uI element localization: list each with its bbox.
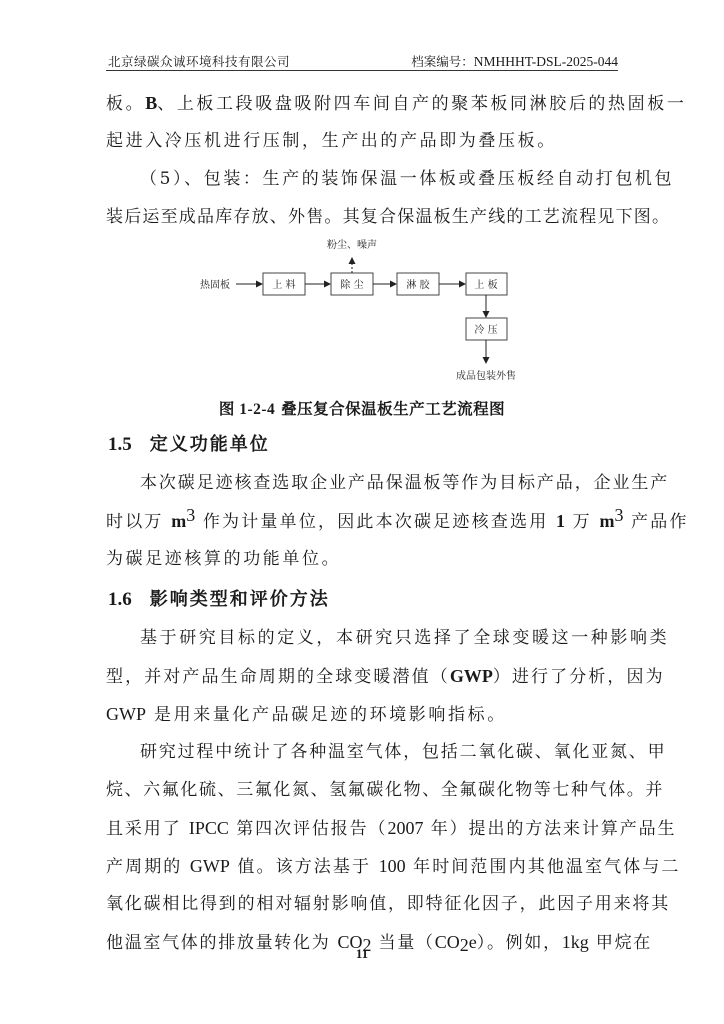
section-1-5-paragraph: 本次碳足迹核查选取企业产品保温板等作为目标产品，企业生产 时以万 m3 作为计量… (106, 464, 618, 578)
text-segment: 时以万 (106, 512, 171, 532)
text-line: 产周期的 GWP 值。该方法基于 100 年时间范围内其他温室气体与二 (106, 847, 618, 885)
flow-input-label: 热固板 (200, 278, 230, 291)
archive-label: 档案编号： (411, 54, 474, 69)
text-segment: 万 (565, 512, 599, 532)
archive-code: NMHHHT-DSL-2025-044 (474, 54, 618, 69)
flow-step-box (397, 273, 439, 295)
text-line: 装后运至成品库存放、外售。其复合保温板生产线的工艺流程见下图。 (106, 198, 618, 236)
section-title: 影响类型和评价方法 (150, 589, 330, 610)
flow-step-box (466, 318, 507, 340)
text-segment: 产周期的 (106, 857, 190, 877)
text-segment: B (145, 93, 157, 113)
unit: m (171, 511, 186, 531)
text-segment: 、上板工段吸盘吸附四车间自产的聚苯板同淋胶后的热固板一 (157, 94, 686, 114)
text-segment: 且采用了 (106, 819, 189, 839)
company-name: 北京绿碳众诚环境科技有限公司 (108, 52, 290, 70)
flow-step-label: 上 板 (474, 278, 497, 291)
text-segment: 产品作 (623, 512, 688, 532)
acronym: GWP (450, 666, 493, 686)
text-segment: 第四次评估报告（ (229, 819, 388, 839)
text-segment: 是用来量化产品碳足迹的环境影响指标。 (146, 705, 507, 725)
text-line: 基于研究目标的定义，本研究只选择了全球变暖这一种影响类 (106, 619, 618, 657)
archive-number: 档案编号：NMHHHT-DSL-2025-044 (411, 52, 618, 70)
acronym: GWP (106, 704, 146, 724)
section-heading-1-5: 1.5定义功能单位 (108, 430, 270, 456)
figure-number: 图 1-2-4 (219, 401, 275, 418)
flow-step-label: 冷 压 (474, 323, 497, 336)
figure-title: 叠压复合保温板生产工艺流程图 (281, 399, 505, 418)
section-1-6-paragraph-1: 基于研究目标的定义，本研究只选择了全球变暖这一种影响类 型，并对产品生命周期的全… (106, 619, 618, 733)
flow-step-box (331, 273, 373, 295)
text-line: 板。B、上板工段吸盘吸附四车间自产的聚苯板同淋胶后的热固板一 (106, 84, 618, 122)
section-1-6-paragraph-2: 研究过程中统计了各种温室气体，包括二氧化碳、氧化亚氮、甲 烷、六氟化硫、三氟化氮… (106, 733, 618, 961)
superscript: 3 (186, 505, 195, 525)
number: 2007 (387, 818, 423, 838)
text-line: 起进入冷压机进行压制，生产出的产品即为叠压板。 (106, 122, 618, 160)
text-line: 研究过程中统计了各种温室气体，包括二氧化碳、氧化亚氮、甲 (106, 733, 618, 771)
acronym: GWP (190, 856, 230, 876)
flow-output-label: 成品包装外售 (456, 369, 516, 382)
intro-paragraph: 板。B、上板工段吸盘吸附四车间自产的聚苯板同淋胶后的热固板一 起进入冷压机进行压… (106, 84, 618, 236)
page-header: 北京绿碳众诚环境科技有限公司 档案编号：NMHHHT-DSL-2025-044 (106, 50, 618, 71)
flow-step-box (263, 273, 305, 295)
section-number: 1.6 (108, 589, 132, 610)
section-heading-1-6: 1.6影响类型和评价方法 (108, 585, 330, 611)
section-number: 1.5 (108, 434, 132, 455)
text-segment: 值。该方法基于 (230, 857, 379, 877)
text-line: 时以万 m3 作为计量单位，因此本次碳足迹核查选用 1 万 m3 产品作 (106, 502, 618, 540)
text-line: 型，并对产品生命周期的全球变暖潜值（GWP）进行了分析，因为 (106, 657, 618, 695)
flow-step-label: 除 尘 (340, 278, 363, 291)
flow-emission-label: 粉尘、噪声 (327, 238, 377, 251)
flow-step-label: 上 料 (272, 278, 295, 291)
text-line: 氧化碳相比得到的相对辐射影响值，即特征化因子，此因子用来将其 (106, 885, 618, 923)
flow-step-label: 淋 胶 (406, 278, 430, 291)
text-line: 烷、六氟化硫、三氟化氮、氢氟碳化物、全氟碳化物等七种气体。并 (106, 771, 618, 809)
section-title: 定义功能单位 (150, 434, 270, 455)
acronym: IPCC (189, 818, 229, 838)
number: 100 (379, 856, 406, 876)
page-number: 11 (0, 946, 724, 962)
unit: m (599, 511, 614, 531)
text-segment: 型，并对产品生命周期的全球变暖潜值（ (106, 667, 450, 687)
text-segment: 年）提出的方法来计算产品生 (423, 819, 676, 839)
text-line: GWP 是用来量化产品碳足迹的环境影响指标。 (106, 695, 618, 733)
flow-step-box (466, 273, 507, 295)
text-segment: ）进行了分析，因为 (493, 667, 665, 687)
text-line: （5）、包装：生产的装饰保温一体板或叠压板经自动打包机包 (106, 160, 618, 198)
text-line: 为碳足迹核算的功能单位。 (106, 540, 618, 578)
text-segment: 年时间范围内其他温室气体与二 (406, 857, 681, 877)
text-line: 本次碳足迹核查选取企业产品保温板等作为目标产品，企业生产 (106, 464, 618, 502)
number: 1 (556, 511, 565, 531)
text-segment: 作为计量单位，因此本次碳足迹核查选用 (195, 512, 556, 532)
text-segment: 板。 (106, 94, 145, 114)
figure-caption: 图 1-2-4 叠压复合保温板生产工艺流程图 (0, 397, 724, 419)
text-line: 且采用了 IPCC 第四次评估报告（2007 年）提出的方法来计算产品生 (106, 809, 618, 847)
